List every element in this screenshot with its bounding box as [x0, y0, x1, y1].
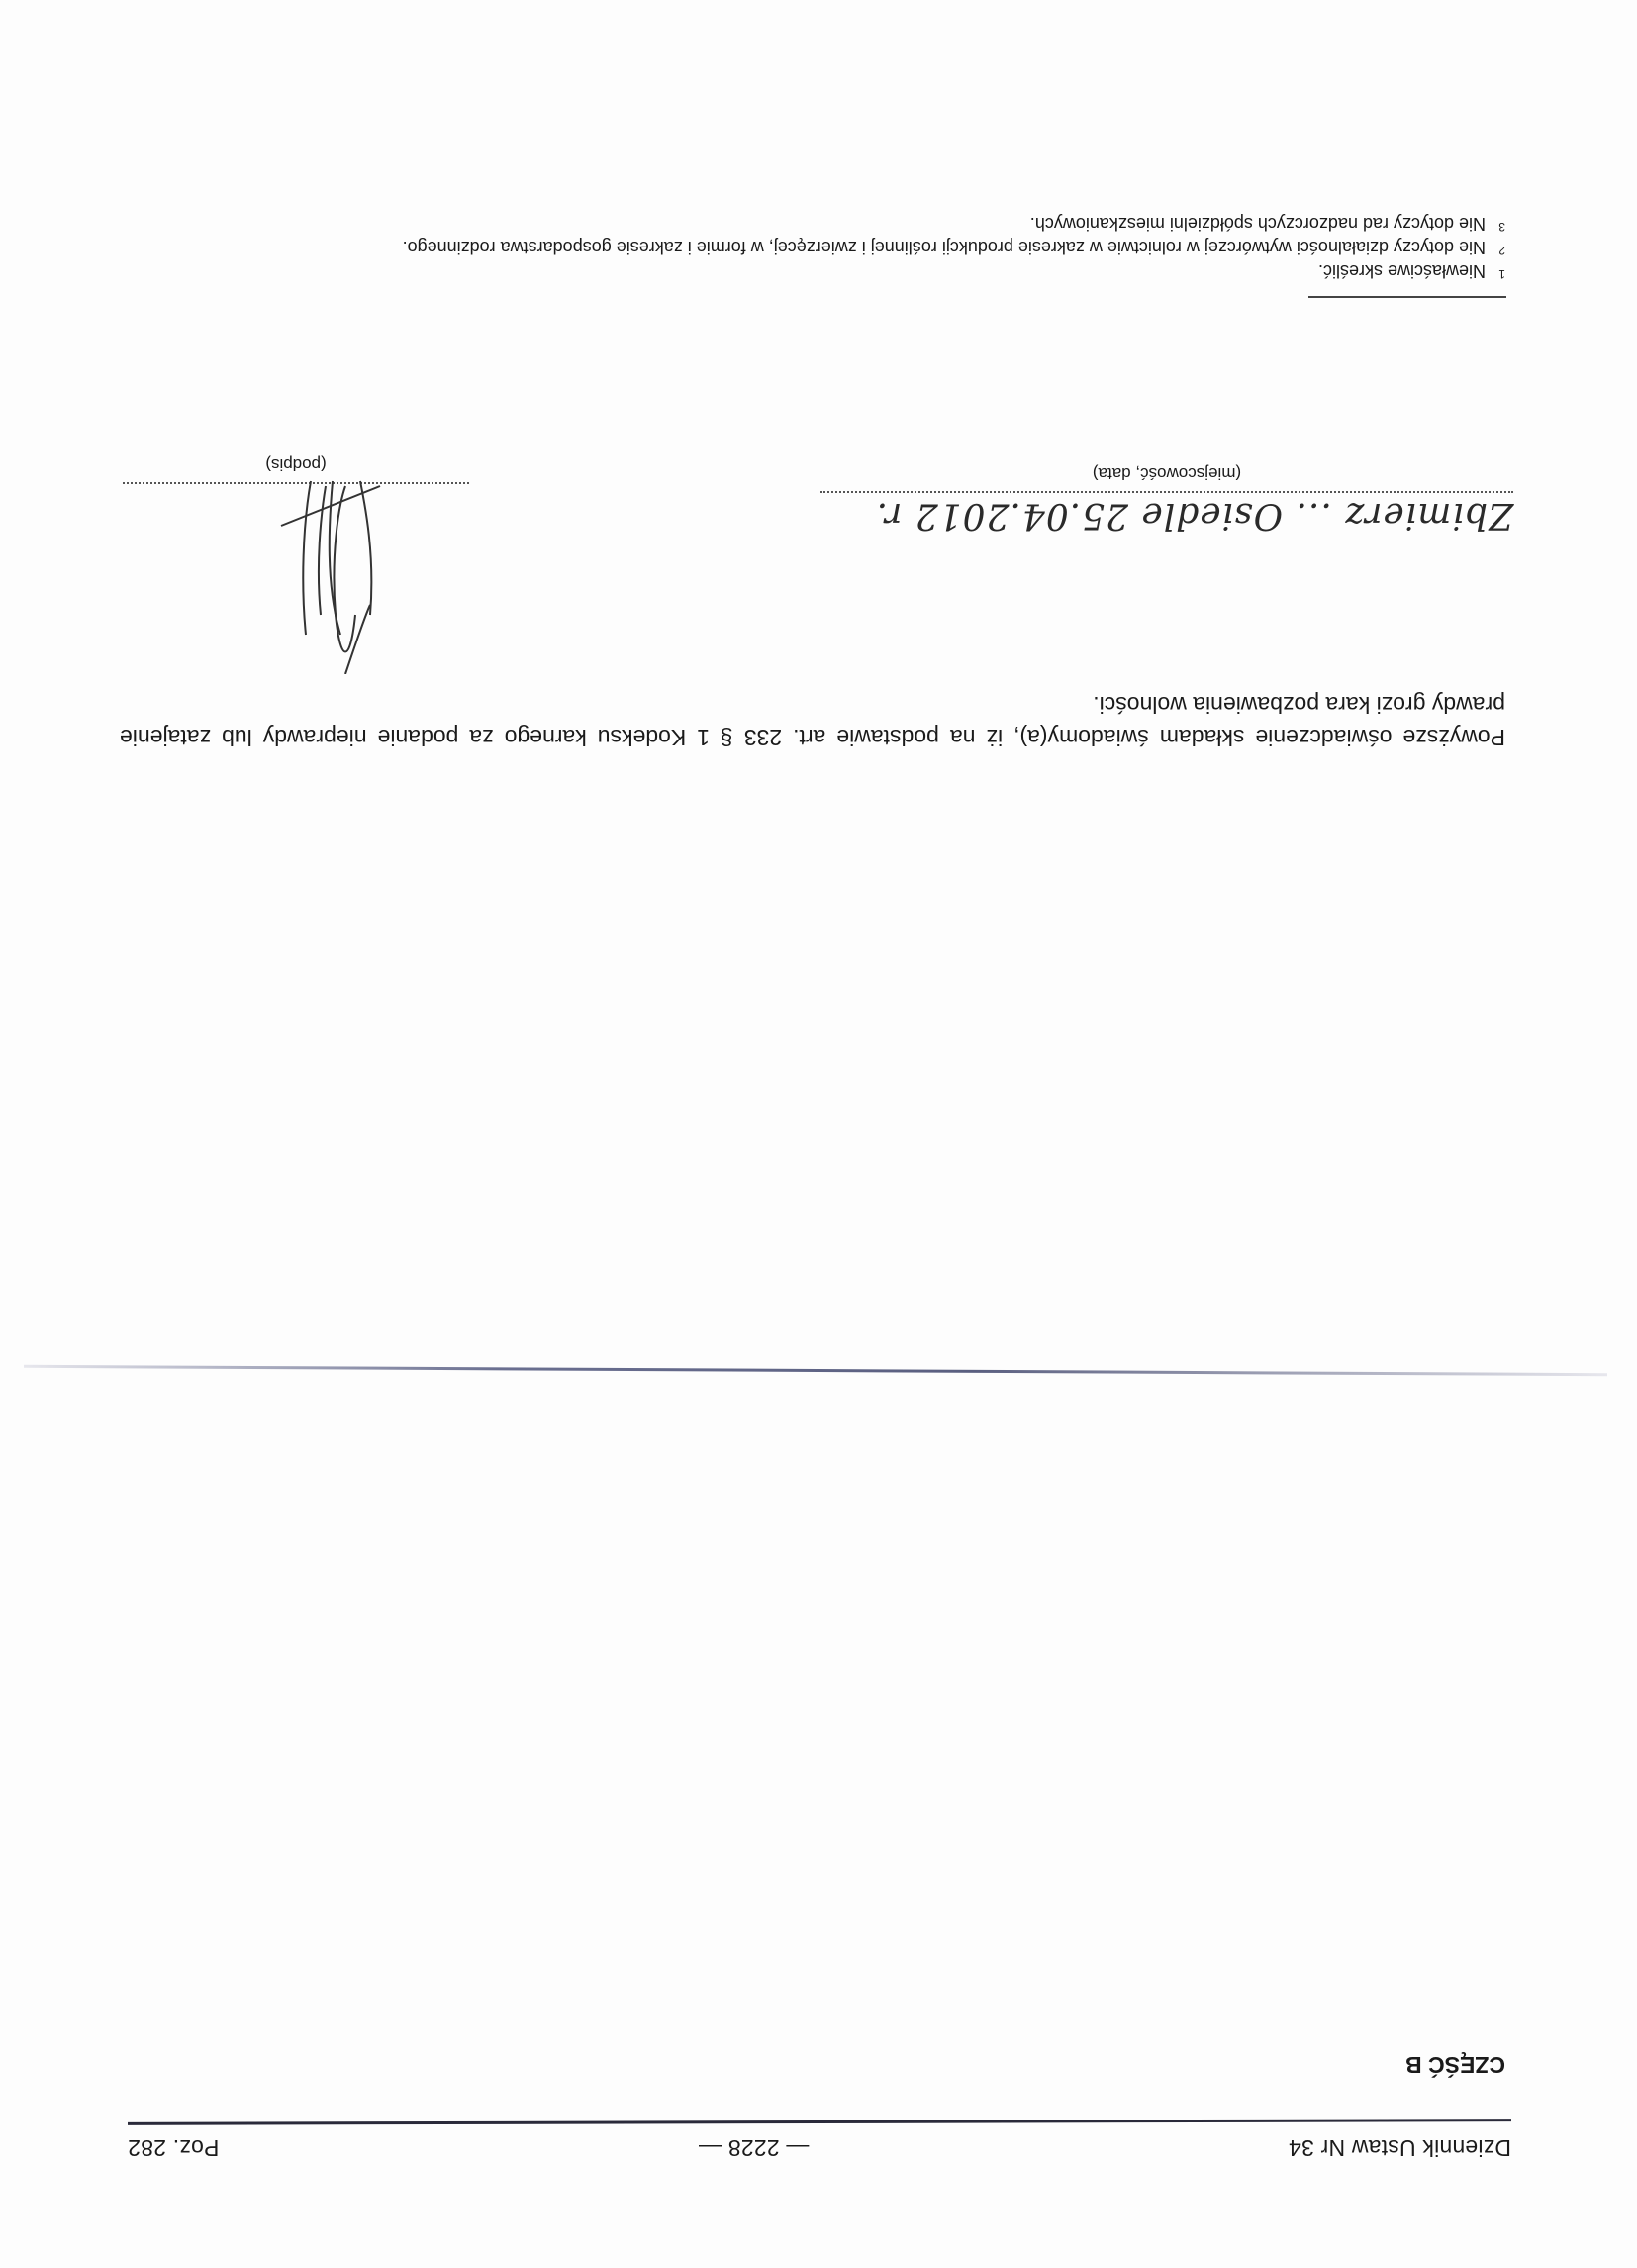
document-page: Dziennik Ustaw Nr 34 — 2228 — Poz. 282 C…	[0, 0, 1637, 2268]
footnotes: 1 Niewłaściwe skreślić. 2 Nie dotyczy dz…	[120, 212, 1505, 283]
fold-line	[24, 1365, 1607, 1376]
footnote-2: 2 Nie dotyczy działalności wytwórczej w …	[120, 236, 1505, 259]
signature-caption: (podpis)	[123, 454, 469, 474]
footnote-rule	[1308, 296, 1506, 298]
page-header: Dziennik Ustaw Nr 34 — 2228 — Poz. 282	[128, 2134, 1511, 2161]
place-date-field: Zbimierz ... Osiedle 25.04.2012 r. (miej…	[820, 463, 1513, 536]
signature-line	[123, 482, 469, 526]
footnote-1: 1 Niewłaściwe skreślić.	[120, 259, 1505, 283]
page-number: — 2228 —	[699, 2134, 810, 2161]
place-date-caption: (miejscowość, data)	[820, 463, 1513, 483]
section-title: CZĘŚĆ B	[1405, 2051, 1505, 2078]
publication-name: Dziennik Ustaw Nr 34	[1289, 2134, 1511, 2161]
header-rule	[128, 2119, 1511, 2125]
handwritten-signature-icon	[261, 476, 400, 674]
signature-field: (podpis)	[123, 454, 469, 526]
declaration-statement: Powyższe oświadczenie składam świadomy(a…	[120, 688, 1505, 753]
handwritten-place-date: Zbimierz ... Osiedle 25.04.2012 r.	[820, 491, 1513, 536]
position-number: Poz. 282	[128, 2134, 219, 2161]
footnote-3: 3 Nie dotyczy rad nadzorczych spółdzieln…	[120, 212, 1505, 236]
